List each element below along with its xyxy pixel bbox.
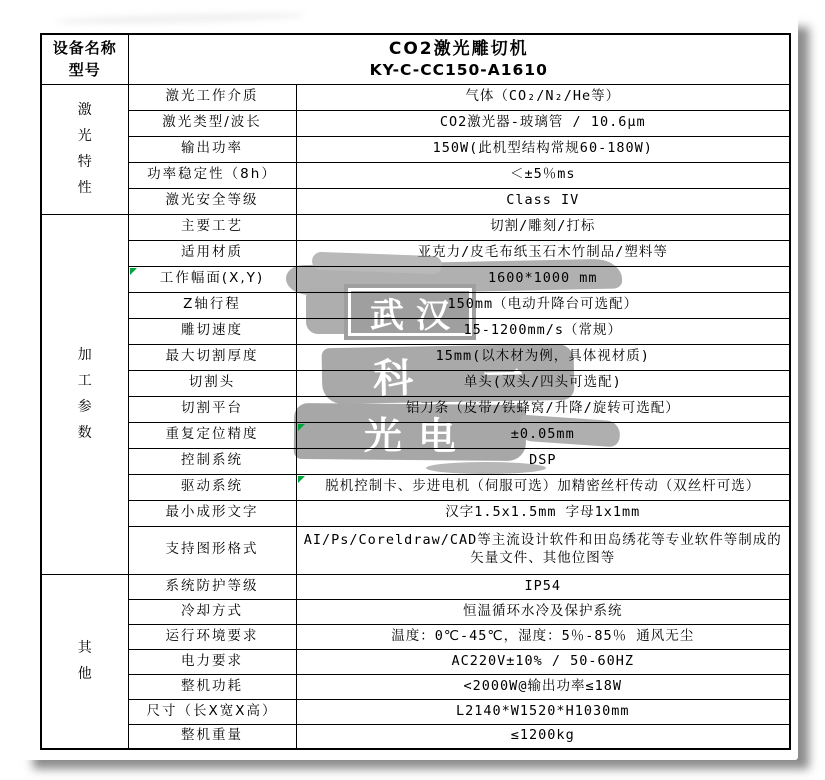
spec-value: DSP: [529, 452, 556, 468]
spec-label-cell: 重复定位精度: [128, 422, 296, 448]
spec-label: 适用材质: [181, 244, 243, 260]
table-row: 切割平台 铝刀条（皮带/铁蜂窝/升降/旋转可选配）: [41, 396, 790, 422]
spec-label: 整机重量: [181, 727, 243, 743]
spec-value-cell: 150W(此机型结构常规60-180W): [296, 136, 790, 162]
table-row: 雕切速度 15-1200mm/s（常规）: [41, 318, 790, 344]
table-row: 设备名称型号 CO2激光雕切机 KY-C-CC150-A1610: [41, 34, 790, 84]
table-row: 冷却方式 恒温循环水冷及保护系统: [41, 599, 790, 624]
note-marker-icon: [298, 424, 305, 431]
machine-title-cell: CO2激光雕切机 KY-C-CC150-A1610: [128, 34, 790, 84]
spec-label: 激光工作介质: [166, 88, 259, 104]
spec-value: 150W(此机型结构常规60-180W): [433, 140, 653, 156]
table-row: 最小成形文字 汉字1.5x1.5mm 字母1x1mm: [41, 500, 790, 526]
spec-label-cell: 主要工艺: [128, 214, 296, 240]
spec-value: Class IV: [506, 192, 579, 208]
spec-value-cell: 恒温循环水冷及保护系统: [296, 599, 790, 624]
spec-label: 主要工艺: [181, 218, 243, 234]
device-name-model-label: 设备名称型号: [51, 37, 119, 81]
spec-label: 激光安全等级: [166, 192, 259, 208]
table-row: 整机功耗 <2000W@输出功率≤18W: [41, 674, 790, 699]
spec-value: AC220V±10% / 50-60HZ: [451, 653, 634, 669]
spec-value-cell: DSP: [296, 448, 790, 474]
spec-label: 驱动系统: [181, 478, 243, 494]
spec-value-cell: 15-1200mm/s（常规）: [296, 318, 790, 344]
table-row: 最大切割厚度 15mm(以木材为例，具体视材质): [41, 344, 790, 370]
spec-label-cell: 整机功耗: [128, 674, 296, 699]
table-row: 输出功率 150W(此机型结构常规60-180W): [41, 136, 790, 162]
table-row: 功率稳定性（8h） ＜±5％ms: [41, 162, 790, 188]
spec-label-cell: 雕切速度: [128, 318, 296, 344]
spec-value: L2140*W1520*H1030mm: [456, 703, 629, 719]
spec-value-cell: 切割/雕刻/打标: [296, 214, 790, 240]
spec-label-cell: 控制系统: [128, 448, 296, 474]
spec-label-cell: 冷却方式: [128, 599, 296, 624]
spec-value-cell: Class IV: [296, 188, 790, 214]
spec-label: 输出功率: [181, 140, 243, 156]
spec-label-cell: 输出功率: [128, 136, 296, 162]
spec-label: 控制系统: [181, 452, 243, 468]
section-other-cell: 其他: [41, 574, 128, 749]
spec-label: 支持图形格式: [166, 541, 259, 557]
spec-value-cell: 150mm（电动升降台可选配）: [296, 292, 790, 318]
note-marker-icon: [130, 268, 137, 275]
table-row: 激光特性 激光工作介质 气体（CO₂/N₂/He等）: [41, 84, 790, 110]
spec-value: IP54: [525, 578, 562, 594]
spec-value: 汉字1.5x1.5mm 字母1x1mm: [445, 504, 640, 520]
spec-value-cell: 铝刀条（皮带/铁蜂窝/升降/旋转可选配）: [296, 396, 790, 422]
table-row: 电力要求 AC220V±10% / 50-60HZ: [41, 649, 790, 674]
spec-value-cell: ＜±5％ms: [296, 162, 790, 188]
spec-label: Z轴行程: [183, 296, 241, 312]
spec-value-cell: L2140*W1520*H1030mm: [296, 699, 790, 724]
spec-label-cell: 激光安全等级: [128, 188, 296, 214]
spec-value: <2000W@输出功率≤18W: [464, 678, 622, 694]
spec-label-cell: 运行环境要求: [128, 624, 296, 649]
table-row: 控制系统 DSP: [41, 448, 790, 474]
machine-title: CO2激光雕切机: [135, 38, 784, 60]
table-row: 其他 系统防护等级 IP54: [41, 574, 790, 599]
spec-value-cell: 温度：0℃-45℃，湿度：5％-85％ 通风无尘: [296, 624, 790, 649]
spec-label: 冷却方式: [181, 603, 243, 619]
spec-label-cell: 功率稳定性（8h）: [128, 162, 296, 188]
spec-value: ≤1200kg: [511, 727, 575, 743]
spec-value-cell: 气体（CO₂/N₂/He等）: [296, 84, 790, 110]
spec-value-cell: 汉字1.5x1.5mm 字母1x1mm: [296, 500, 790, 526]
spec-value: CO2激光器-玻璃管 / 10.6μm: [440, 114, 646, 130]
table-row: 重复定位精度 ±0.05mm: [41, 422, 790, 448]
spec-label: 切割平台: [181, 400, 243, 416]
spec-label-cell: 工作幅面(X,Y): [128, 266, 296, 292]
spec-value-cell: ±0.05mm: [296, 422, 790, 448]
device-name-model-header-cell: 设备名称型号: [41, 34, 128, 84]
spec-label: 工作幅面(X,Y): [160, 270, 264, 286]
spec-label: 功率稳定性（8h）: [147, 166, 277, 182]
section-laser-cell: 激光特性: [41, 84, 128, 214]
table-row: 支持图形格式 AI/Ps/Coreldraw/CAD等主流设计软件和田岛绣花等专…: [41, 526, 790, 574]
spec-label: 尺寸（长X宽X高）: [147, 703, 278, 719]
spec-value: 15mm(以木材为例，具体视材质): [436, 348, 650, 364]
spec-label-cell: 最大切割厚度: [128, 344, 296, 370]
spec-label-cell: 系统防护等级: [128, 574, 296, 599]
table-row: 工作幅面(X,Y) 1600*1000 mm: [41, 266, 790, 292]
section-processing-cell: 加工参数: [41, 214, 128, 574]
spec-value-cell: AI/Ps/Coreldraw/CAD等主流设计软件和田岛绣花等专业软件等制成的…: [296, 526, 790, 574]
table-row: Z轴行程 150mm（电动升降台可选配）: [41, 292, 790, 318]
table-row: 适用材质 亚克力/皮毛布纸玉石木竹制品/塑料等: [41, 240, 790, 266]
spec-value: 气体（CO₂/N₂/He等）: [465, 88, 620, 104]
spec-label-cell: 电力要求: [128, 649, 296, 674]
section-label: 其他: [74, 635, 95, 687]
spec-value: ＜±5％ms: [510, 166, 576, 182]
spec-value: 亚克力/皮毛布纸玉石木竹制品/塑料等: [418, 244, 668, 260]
spec-label-cell: 切割平台: [128, 396, 296, 422]
spec-label: 运行环境要求: [166, 628, 259, 644]
spec-value: AI/Ps/Coreldraw/CAD等主流设计软件和田岛绣花等专业软件等制成的…: [304, 532, 782, 566]
section-label: 加工参数: [74, 342, 95, 446]
spec-value: 单头(双头/四头可选配): [464, 374, 622, 390]
spec-label: 电力要求: [181, 653, 243, 669]
spec-value-cell: 15mm(以木材为例，具体视材质): [296, 344, 790, 370]
spec-label-cell: 最小成形文字: [128, 500, 296, 526]
spec-value-cell: 单头(双头/四头可选配): [296, 370, 790, 396]
spec-label: 整机功耗: [181, 678, 243, 694]
spec-value-cell: IP54: [296, 574, 790, 599]
spec-label-cell: 整机重量: [128, 724, 296, 749]
note-marker-icon: [298, 476, 305, 483]
spec-label: 切割头: [189, 374, 236, 390]
spec-label: 最小成形文字: [166, 504, 259, 520]
spec-label-cell: 驱动系统: [128, 474, 296, 500]
spec-value: 150mm（电动升降台可选配）: [447, 296, 638, 312]
spec-label-cell: 适用材质: [128, 240, 296, 266]
spec-value: 恒温循环水冷及保护系统: [463, 603, 623, 619]
spec-label: 雕切速度: [181, 322, 243, 338]
scanned-spec-page: 武汉 科 一 光电 设备名称型号 CO2激光雕切机 KY-C-CC150-A16…: [0, 0, 825, 780]
spec-label: 激光类型/波长: [162, 114, 262, 130]
spec-label-cell: 支持图形格式: [128, 526, 296, 574]
spec-value-cell: 1600*1000 mm: [296, 266, 790, 292]
spec-value: 脱机控制卡、步进电机（伺服可选）加精密丝杆传动（双丝杆可选）: [325, 478, 760, 494]
table-row: 加工参数 主要工艺 切割/雕刻/打标: [41, 214, 790, 240]
spec-label-cell: 激光类型/波长: [128, 110, 296, 136]
spec-value-cell: 脱机控制卡、步进电机（伺服可选）加精密丝杆传动（双丝杆可选）: [296, 474, 790, 500]
spec-label-cell: 切割头: [128, 370, 296, 396]
spec-value: 15-1200mm/s（常规）: [464, 322, 622, 338]
table-row: 切割头 单头(双头/四头可选配): [41, 370, 790, 396]
spec-label: 最大切割厚度: [166, 348, 259, 364]
spec-value-cell: <2000W@输出功率≤18W: [296, 674, 790, 699]
spec-value-cell: CO2激光器-玻璃管 / 10.6μm: [296, 110, 790, 136]
spec-value-cell: 亚克力/皮毛布纸玉石木竹制品/塑料等: [296, 240, 790, 266]
spec-label: 重复定位精度: [166, 426, 259, 442]
spec-table: 设备名称型号 CO2激光雕切机 KY-C-CC150-A1610 激光特性 激光…: [40, 33, 791, 750]
spec-value: 铝刀条（皮带/铁蜂窝/升降/旋转可选配）: [406, 400, 680, 416]
spec-label-cell: 激光工作介质: [128, 84, 296, 110]
spec-value: 切割/雕刻/打标: [490, 218, 595, 234]
section-label: 激光特性: [74, 97, 95, 201]
table-row: 运行环境要求 温度：0℃-45℃，湿度：5％-85％ 通风无尘: [41, 624, 790, 649]
spec-value: 温度：0℃-45℃，湿度：5％-85％ 通风无尘: [391, 628, 694, 644]
table-row: 整机重量 ≤1200kg: [41, 724, 790, 749]
table-row: 驱动系统 脱机控制卡、步进电机（伺服可选）加精密丝杆传动（双丝杆可选）: [41, 474, 790, 500]
spec-label-cell: 尺寸（长X宽X高）: [128, 699, 296, 724]
spec-value-cell: ≤1200kg: [296, 724, 790, 749]
spec-value: ±0.05mm: [511, 426, 575, 442]
spec-label-cell: Z轴行程: [128, 292, 296, 318]
spec-label: 系统防护等级: [166, 578, 259, 594]
table-row: 尺寸（长X宽X高） L2140*W1520*H1030mm: [41, 699, 790, 724]
table-row: 激光安全等级 Class IV: [41, 188, 790, 214]
machine-model: KY-C-CC150-A1610: [135, 60, 784, 80]
spec-value: 1600*1000 mm: [488, 270, 598, 286]
spec-value-cell: AC220V±10% / 50-60HZ: [296, 649, 790, 674]
table-row: 激光类型/波长 CO2激光器-玻璃管 / 10.6μm: [41, 110, 790, 136]
